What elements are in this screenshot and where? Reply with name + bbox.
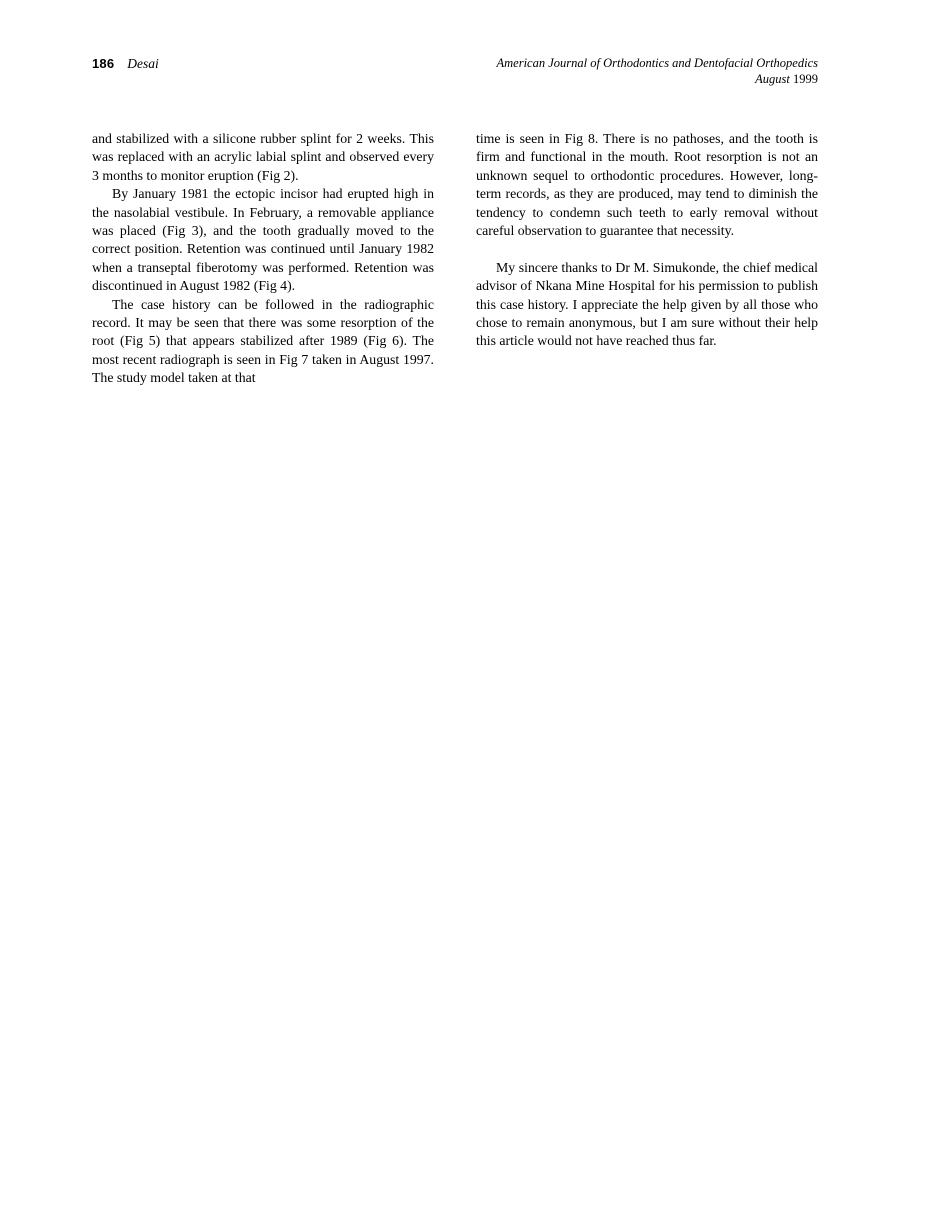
running-header: 186 Desai American Journal of Orthodonti… [92, 56, 818, 87]
body-columns: and stabilized with a silicone rubber sp… [92, 130, 818, 388]
paragraph: By January 1981 the ectopic incisor had … [92, 185, 434, 295]
running-author: Desai [127, 56, 159, 71]
journal-title: American Journal of Orthodontics and Den… [497, 56, 819, 72]
journal-page: 186 Desai American Journal of Orthodonti… [0, 0, 950, 1230]
issue-year: 1999 [793, 72, 818, 86]
running-header-left: 186 Desai [92, 56, 159, 71]
issue-month: August [755, 72, 790, 86]
paragraph-continuation: time is seen in Fig 8. There is no patho… [476, 130, 818, 240]
page-number: 186 [92, 56, 114, 71]
left-column: and stabilized with a silicone rubber sp… [92, 130, 434, 388]
right-column: time is seen in Fig 8. There is no patho… [476, 130, 818, 388]
running-header-right: American Journal of Orthodontics and Den… [497, 56, 819, 87]
issue-date: August 1999 [497, 72, 819, 88]
paragraph: The case history can be followed in the … [92, 296, 434, 388]
paragraph-continuation: and stabilized with a silicone rubber sp… [92, 130, 434, 185]
paragraph-acknowledgment: My sincere thanks to Dr M. Simukonde, th… [476, 259, 818, 351]
